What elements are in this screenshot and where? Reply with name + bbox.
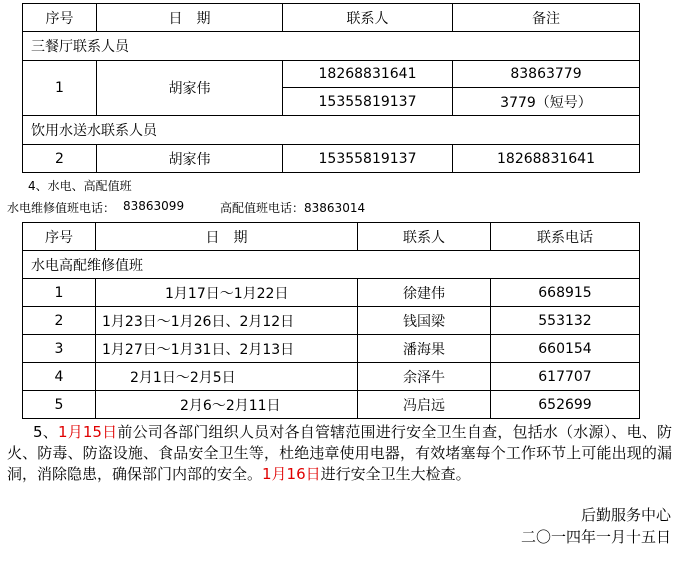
cell-phone: 18268831641	[283, 61, 453, 88]
cell-date-range: 1月27日～1月31日、2月13日	[96, 335, 358, 363]
paragraph-suffix: 进行安全卫生大检查。	[321, 465, 471, 483]
duty-roster-table: 序号 日 期 联系人 联系电话 水电高配维修值班 1 1月17日～1月22日 徐…	[22, 222, 640, 419]
signature-organization: 后勤服务中心	[0, 504, 671, 526]
section4-heading: 4、水电、高配值班	[28, 178, 679, 194]
header-date: 日 期	[96, 223, 358, 251]
hv-duty-phone-value: 83863014	[304, 201, 365, 215]
section-row-drinking-water: 饮用水送水联系人员	[23, 116, 640, 145]
hv-duty-phone-label: 高配值班电话：	[220, 201, 304, 215]
repair-duty-phone-label: 水电维修值班电话：	[7, 199, 115, 216]
cell-serial: 1	[23, 61, 97, 116]
table-row: 1 胡家伟 18268831641 83863779	[23, 61, 640, 88]
contacts-table-header-row: 序号 日 期 联系人 备注	[23, 4, 640, 32]
cell-phone: 553132	[491, 307, 640, 335]
table-row: 2 胡家伟 15355819137 18268831641	[23, 145, 640, 173]
section-label-drinking-water: 饮用水送水联系人员	[23, 116, 640, 145]
cell-remark: 18268831641	[453, 145, 640, 173]
table-row: 1 1月17日～1月22日 徐建伟 668915	[23, 279, 640, 307]
table-row: 5 2月6～2月11日 冯启远 652699	[23, 391, 640, 419]
section-label-duty: 水电高配维修值班	[23, 251, 640, 279]
header-contact-person: 联系人	[283, 4, 453, 32]
header-serial-number: 序号	[23, 4, 97, 32]
paragraph-prefix: 5、	[33, 423, 58, 441]
cell-phone: 652699	[491, 391, 640, 419]
cell-phone: 617707	[491, 363, 640, 391]
cell-date-range: 2月1日～2月5日	[96, 363, 358, 391]
cell-remark: 3779（短号）	[453, 88, 640, 116]
signature-date: 二〇一四年一月十五日	[0, 526, 671, 548]
cell-serial: 2	[23, 307, 96, 335]
header-remark: 备注	[453, 4, 640, 32]
duty-roster-header-row: 序号 日 期 联系人 联系电话	[23, 223, 640, 251]
cell-serial: 1	[23, 279, 96, 307]
red-date-jan16: 1月16日	[262, 465, 321, 483]
cell-phone: 660154	[491, 335, 640, 363]
cell-phone: 668915	[491, 279, 640, 307]
table-row: 4 2月1日～2月5日 余泽牛 617707	[23, 363, 640, 391]
red-date-jan15: 1月15日	[58, 423, 117, 441]
section-row-duty: 水电高配维修值班	[23, 251, 640, 279]
signature-block: 后勤服务中心 二〇一四年一月十五日	[0, 504, 679, 548]
header-serial-number: 序号	[23, 223, 96, 251]
contacts-table: 序号 日 期 联系人 备注 三餐厅联系人员 1 胡家伟 18268831641 …	[22, 3, 640, 173]
cell-serial: 5	[23, 391, 96, 419]
header-contact-person: 联系人	[358, 223, 491, 251]
repair-duty-phone-value: 83863099	[123, 199, 184, 213]
header-date: 日 期	[97, 4, 283, 32]
table-row: 2 1月23日～1月26日、2月12日 钱国梁 553132	[23, 307, 640, 335]
section-row-canteen: 三餐厅联系人员	[23, 32, 640, 61]
cell-date-range: 1月17日～1月22日	[96, 279, 358, 307]
cell-date-range: 2月6～2月11日	[96, 391, 358, 419]
cell-serial: 3	[23, 335, 96, 363]
document-page: 序号 日 期 联系人 备注 三餐厅联系人员 1 胡家伟 18268831641 …	[0, 3, 679, 566]
section-label-canteen: 三餐厅联系人员	[23, 32, 640, 61]
cell-contact-name: 胡家伟	[97, 145, 283, 173]
cell-phone: 15355819137	[283, 88, 453, 116]
cell-contact-name: 潘海果	[358, 335, 491, 363]
safety-inspection-paragraph: 5、1月15日前公司各部门组织人员对各自管辖范围进行安全卫生自查，包括水（水源）…	[0, 422, 679, 485]
header-contact-phone: 联系电话	[491, 223, 640, 251]
cell-serial: 2	[23, 145, 97, 173]
cell-phone: 15355819137	[283, 145, 453, 173]
table-row: 3 1月27日～1月31日、2月13日 潘海果 660154	[23, 335, 640, 363]
cell-contact-name: 徐建伟	[358, 279, 491, 307]
duty-phone-line: 水电维修值班电话： 83863099 高配值班电话：83863014	[0, 194, 679, 218]
cell-date-range: 1月23日～1月26日、2月12日	[96, 307, 358, 335]
cell-contact-name: 冯启远	[358, 391, 491, 419]
hv-duty-phone-group: 高配值班电话：83863014	[220, 199, 365, 216]
cell-contact-name: 胡家伟	[97, 61, 283, 116]
cell-contact-name: 钱国梁	[358, 307, 491, 335]
cell-remark: 83863779	[453, 61, 640, 88]
cell-contact-name: 余泽牛	[358, 363, 491, 391]
cell-serial: 4	[23, 363, 96, 391]
